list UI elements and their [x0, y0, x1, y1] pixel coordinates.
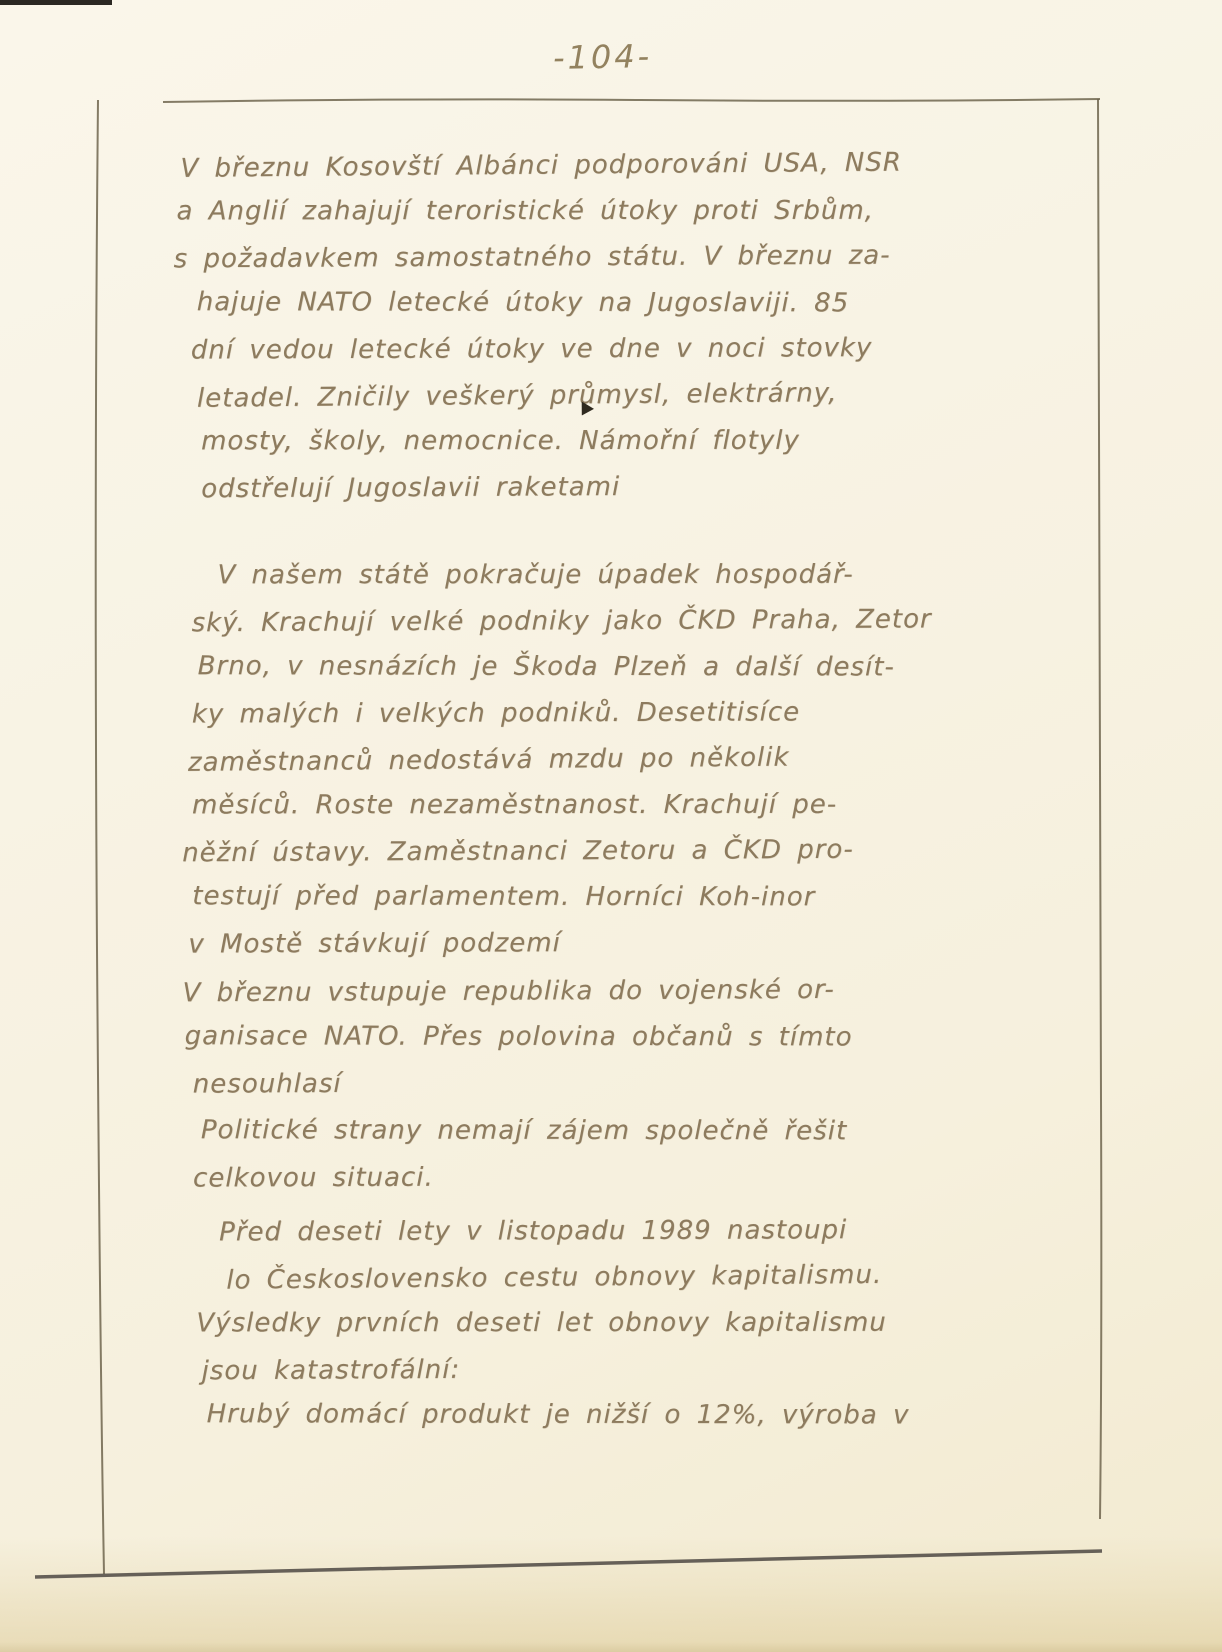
handwriting-line: celkovou situaci. — [193, 1152, 1071, 1201]
frame-left-line — [96, 100, 104, 1574]
handwriting-line: Výsledky prvních deseti let obnovy kapit… — [196, 1300, 1071, 1347]
handwriting-line: nesouhlasí — [193, 1058, 1071, 1107]
handwriting-line: něžní ústavy. Zaměstnanci Zetoru a ČKD p… — [182, 826, 1070, 877]
scanned-page: -104- V březnu Kosovští Albánci podporov… — [0, 0, 1222, 1652]
handwriting-line: letadel. Zničily veškerý průmysl, elektr… — [197, 368, 1069, 422]
handwriting-line: ky malých i velkých podniků. Desetitisíc… — [192, 688, 1070, 737]
handwriting-line: V březnu vstupuje republika do vojenské … — [182, 966, 1070, 1017]
handwriting-line: Brno, v nesnázích je Škoda Plzeň a další… — [198, 643, 1070, 691]
handwriting-line: testují před parlamentem. Horníci Koh-in… — [192, 873, 1070, 921]
handwritten-text: V březnu Kosovští Albánci podporováni US… — [168, 141, 1071, 1439]
handwriting-line: Politické strany nemají zájem společně ř… — [201, 1107, 1071, 1155]
page-number: -104- — [553, 37, 653, 77]
handwriting-line: dní vedou letecké útoky ve dne v noci st… — [191, 324, 1069, 373]
handwriting-line: ský. Krachují velké podniky jako ČKD Pra… — [191, 596, 1069, 647]
handwriting-line: zaměstnanců nedostává mzdu po několik — [188, 732, 1070, 786]
paragraph: V březnu vstupuje republika do vojenské … — [170, 967, 1070, 1107]
scan-artifact-top-left — [0, 0, 112, 5]
handwriting-line: v Mostě stávkují podzemí — [188, 918, 1070, 967]
frame-right-line — [1098, 99, 1101, 1519]
handwriting-line: V březnu Kosovští Albánci podporováni US… — [180, 138, 1068, 192]
frame-top-line — [163, 99, 1100, 102]
paragraph: V březnu Kosovští Albánci podporováni US… — [168, 141, 1069, 511]
paragraph: V našem státě pokračuje úpadek hospodář-… — [169, 551, 1070, 967]
paragraph: Politické strany nemají zájem společně ř… — [171, 1107, 1071, 1201]
handwriting-line: lo Československo cestu obnovy kapitalis… — [226, 1250, 1071, 1303]
handwriting-line: odstřelují Jugoslavii raketami — [201, 462, 1069, 513]
handwriting-line: Hrubý domácí produkt je nižší o 12%, výr… — [207, 1391, 1072, 1439]
paragraph: Před deseti lety v listopadu 1989 nastou… — [171, 1207, 1072, 1439]
frame-bottom-line — [35, 1551, 1102, 1577]
handwriting-line: ganisace NATO. Přes polovina občanů s tí… — [185, 1013, 1071, 1061]
handwriting-line: jsou katastrofální: — [201, 1344, 1071, 1395]
handwriting-line: a Anglií zahajují teroristické útoky pro… — [176, 188, 1068, 235]
handwriting-line: měsíců. Roste nezaměstnanost. Krachují p… — [192, 782, 1070, 829]
handwriting-line: s požadavkem samostatného státu. V březn… — [173, 232, 1068, 283]
handwriting-line: Před deseti lety v listopadu 1989 nastou… — [219, 1206, 1071, 1255]
handwriting-line: V našem státě pokračuje úpadek hospodář- — [217, 552, 1069, 599]
handwriting-line: hajuje NATO letecké útoky na Jugoslaviji… — [197, 279, 1069, 327]
handwriting-line: mosty, školy, nemocnice. Námořní flotyly — [201, 418, 1069, 465]
